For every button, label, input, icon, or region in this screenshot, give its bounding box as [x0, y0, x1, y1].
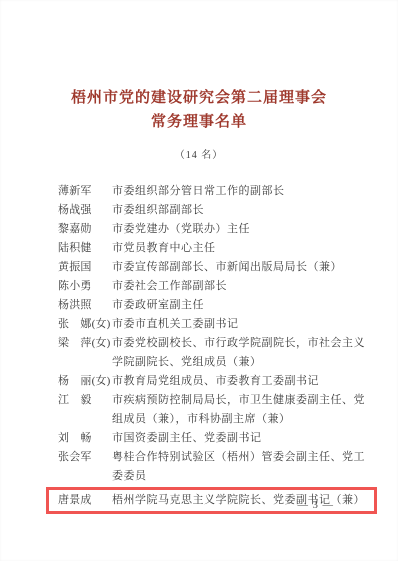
member-name: 陆积健 — [58, 239, 112, 258]
document-page: 梧州市党的建设研究会第二届理事会 常务理事名单 （14 名） 薄新军 市委组织部… — [0, 0, 398, 561]
member-row: 黎嘉勋 市委党建办（党联办）主任 — [0, 220, 398, 239]
member-name: 薄新军 — [58, 182, 112, 201]
member-name: 杨洪照 — [58, 296, 112, 315]
document-title-line1: 梧州市党的建设研究会第二届理事会 — [0, 0, 398, 110]
member-row: 张 娜(女) 市委市直机关工委副书记 — [0, 315, 398, 334]
member-row: 张会军 粤桂合作特别试验区（梧州）管委会副主任、党工委委员 — [0, 448, 398, 486]
member-row: 杨洪照 市委政研室副主任 — [0, 296, 398, 315]
member-position: 市委政研室副主任 — [112, 296, 370, 315]
member-position: 市委市直机关工委副书记 — [112, 315, 370, 334]
page-number: — 3 — — [298, 500, 335, 511]
member-row: 杨 丽(女) 市教育局党组成员、市委教育工委副书记 — [0, 372, 398, 391]
member-row: 陈小勇 市委社会工作部副部长 — [0, 277, 398, 296]
member-row: 陆积健 市党员教育中心主任 — [0, 239, 398, 258]
member-position: 市委党校副校长、市行政学院副院长，市社会主义学院副院长、党组成员（兼） — [112, 334, 370, 372]
member-position: 市委组织部分管日常工作的副部长 — [112, 182, 370, 201]
member-position: 市教育局党组成员、市委教育工委副书记 — [112, 372, 370, 391]
member-position: 市疾病预防控制局局长，市卫生健康委副主任、党组成员（兼），市科协副主席（兼） — [112, 391, 370, 429]
member-name: 刘 畅 — [58, 429, 112, 448]
member-count-note: （14 名） — [0, 146, 398, 161]
document-title-line2: 常务理事名单 — [0, 110, 398, 134]
member-position: 市委组织部副部长 — [112, 201, 370, 220]
member-name: 杨 丽(女) — [58, 372, 112, 391]
member-row: 薄新军 市委组织部分管日常工作的副部长 — [0, 182, 398, 201]
member-name: 梁 萍(女) — [58, 334, 112, 353]
member-name: 陈小勇 — [58, 277, 112, 296]
member-position: 市党员教育中心主任 — [112, 239, 370, 258]
member-name: 张 娜(女) — [58, 315, 112, 334]
member-position: 市国资委副主任、党委副书记 — [112, 429, 370, 448]
member-position: 粤桂合作特别试验区（梧州）管委会副主任、党工委委员 — [112, 448, 370, 486]
member-name: 江 毅 — [58, 391, 112, 410]
member-name: 黎嘉勋 — [58, 220, 112, 239]
member-name: 黄振国 — [58, 258, 112, 277]
member-name: 杨战强 — [58, 201, 112, 220]
member-row: 杨战强 市委组织部副部长 — [0, 201, 398, 220]
member-row: 黄振国 市委宣传部副部长、市新闻出版局局长（兼） — [0, 258, 398, 277]
member-row: 刘 畅 市国资委副主任、党委副书记 — [0, 429, 398, 448]
member-position: 市委社会工作部副部长 — [112, 277, 370, 296]
member-name: 唐景成 — [58, 491, 112, 510]
member-row: 江 毅 市疾病预防控制局局长，市卫生健康委副主任、党组成员（兼），市科协副主席（… — [0, 391, 398, 429]
member-position: 市委党建办（党联办）主任 — [112, 220, 370, 239]
member-position: 市委宣传部副部长、市新闻出版局局长（兼） — [112, 258, 370, 277]
member-list: 薄新军 市委组织部分管日常工作的副部长 杨战强 市委组织部副部长 黎嘉勋 市委党… — [0, 182, 398, 514]
member-row: 梁 萍(女) 市委党校副校长、市行政学院副院长，市社会主义学院副院长、党组成员（… — [0, 334, 398, 372]
member-name: 张会军 — [58, 448, 112, 467]
